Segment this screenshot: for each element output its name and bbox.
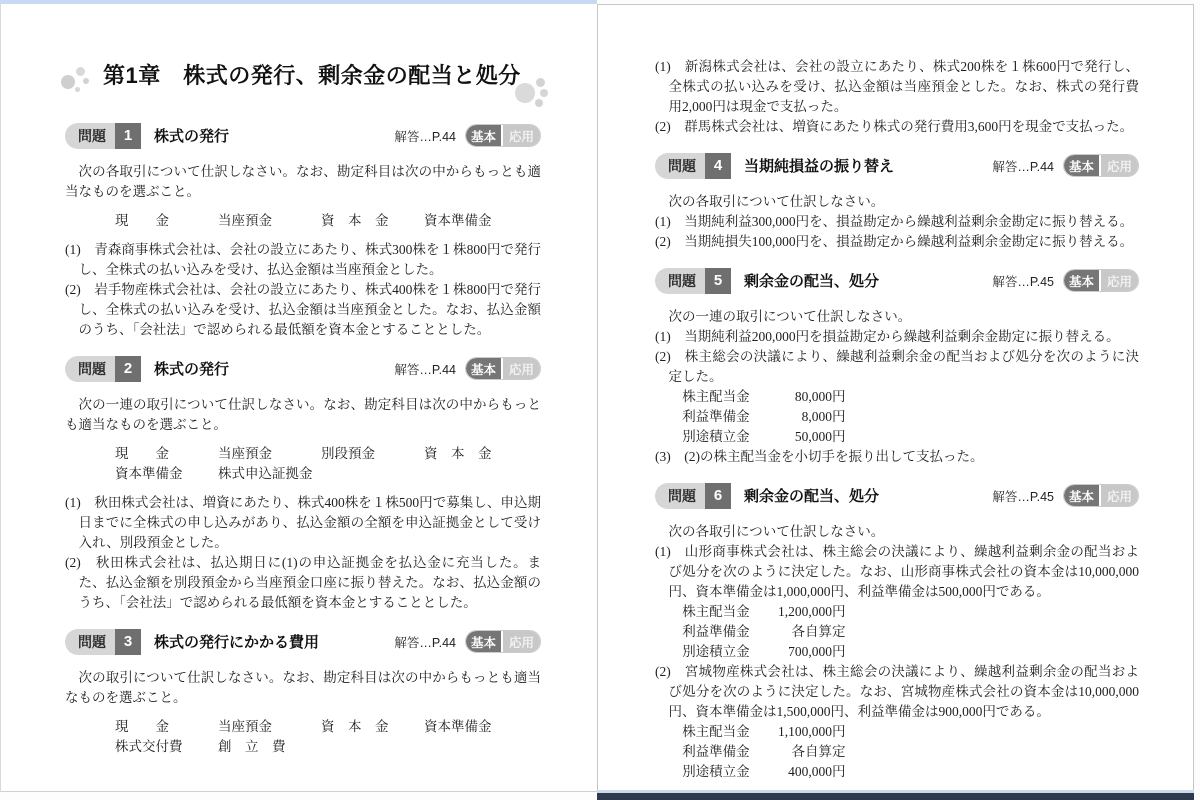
account-option: 資 本 金	[424, 444, 527, 464]
problem-4-items: (1) 当期純利益300,000円を、損益勘定から繰越利益剰余金勘定に振り替える…	[655, 212, 1139, 252]
difficulty-advanced-badge: 応用	[1101, 485, 1138, 506]
allocation-value: 400,000円	[766, 762, 846, 782]
allocation-value: 8,000円	[766, 407, 846, 427]
answer-reference: 解答…P.44	[992, 157, 1054, 175]
problem-badge-number: 3	[115, 629, 141, 655]
account-options-row: 現 金 当座預金 別段預金 資 本 金	[115, 444, 541, 464]
allocation-value: 各自算定	[766, 742, 846, 762]
allocation-value: 1,100,000円	[766, 722, 846, 742]
difficulty-pill: 基本 応用	[1063, 269, 1139, 292]
allocation-table: 株主配当金 1,100,000円 利益準備金 各自算定 別途積立金 400,00…	[655, 722, 1139, 782]
problem-title: 株式の発行	[154, 125, 229, 146]
transaction-item: (2) 岩手物産株式会社は、会社の設立にあたり、株式400株を１株800円で発行…	[65, 280, 541, 340]
account-option: 当座預金	[218, 444, 321, 464]
account-options-row: 株式交付費 創 立 費	[115, 737, 541, 757]
allocation-row: 株主配当金 1,100,000円	[682, 722, 1139, 742]
transaction-item: (1) 当期純利益300,000円を、損益勘定から繰越利益剰余金勘定に振り替える…	[655, 212, 1139, 232]
account-option: 当座預金	[218, 211, 321, 231]
account-option: 資本準備金	[424, 717, 527, 737]
problem-badge-label: 問題	[65, 123, 115, 149]
problem-1-header: 問題 1 株式の発行 解答…P.44 基本 応用	[65, 122, 541, 149]
problem-badge-label: 問題	[655, 153, 705, 179]
problem-badge: 問題 1	[65, 123, 141, 149]
problem-badge-number: 5	[705, 268, 731, 294]
problem-badge-label: 問題	[655, 483, 705, 509]
account-option: 株式交付費	[115, 737, 218, 757]
problem-title: 剰余金の配当、処分	[744, 270, 879, 291]
transaction-item: (2) 群馬株式会社は、増資にあたり株式の発行費用3,600円を現金で支払った。	[655, 117, 1139, 137]
allocation-value: 80,000円	[766, 387, 846, 407]
difficulty-pill: 基本 応用	[465, 357, 541, 380]
account-options-row: 現 金 当座預金 資 本 金 資本準備金	[115, 717, 541, 737]
book-spread: 第1章 株式の発行、剰余金の配当と処分 問題 1 株式の発行 解答…P.44 基…	[0, 0, 1200, 800]
allocation-row: 別途積立金 700,000円	[682, 642, 1139, 662]
account-options-row: 資本準備金 株式申込証拠金	[115, 464, 541, 484]
allocation-value: 700,000円	[766, 642, 846, 662]
account-option: 資本準備金	[424, 211, 527, 231]
problem-6-header: 問題 6 剰余金の配当、処分 解答…P.45 基本 応用	[655, 482, 1139, 509]
problem-badge-number: 1	[115, 123, 141, 149]
problem-2-header: 問題 2 株式の発行 解答…P.44 基本 応用	[65, 355, 541, 382]
problem-title: 株式の発行にかかる費用	[154, 631, 319, 652]
account-option: 株式申込証拠金	[218, 464, 321, 484]
transaction-item: (2) 秋田株式会社は、払込期日に(1)の申込証拠金を払込金に充当した。また、払…	[65, 553, 541, 613]
problem-badge-label: 問題	[655, 268, 705, 294]
transaction-item: (2) 宮城物産株式会社は、株主総会の決議により、繰越利益剰余金の配当および処分…	[655, 662, 1139, 722]
allocation-table: 株主配当金 80,000円 利益準備金 8,000円 別途積立金 50,000円	[655, 387, 1139, 447]
allocation-label: 株主配当金	[682, 387, 766, 407]
difficulty-pill: 基本 応用	[465, 630, 541, 653]
difficulty-basic-badge: 基本	[466, 631, 503, 652]
allocation-row: 別途積立金 50,000円	[682, 427, 1139, 447]
chapter-title: 第1章 株式の発行、剰余金の配当と処分	[103, 60, 541, 92]
right-page-bottom-accent-dark-bar	[597, 793, 1194, 800]
difficulty-advanced-badge: 応用	[1101, 155, 1138, 176]
allocation-row: 利益準備金 8,000円	[682, 407, 1139, 427]
transaction-item: (3) (2)の株主配当金を小切手を振り出して支払った。	[655, 447, 1139, 467]
allocation-row: 別途積立金 400,000円	[682, 762, 1139, 782]
answer-reference: 解答…P.45	[992, 487, 1054, 505]
allocation-label: 別途積立金	[682, 642, 766, 662]
problem-2-intro: 次の一連の取引について仕訳しなさい。なお、勘定科目は次の中からもっとも適当なもの…	[65, 395, 541, 435]
problem-6-intro: 次の各取引について仕訳しなさい。	[655, 522, 1139, 542]
allocation-label: 別途積立金	[682, 427, 766, 447]
difficulty-basic-badge: 基本	[1064, 485, 1101, 506]
problem-badge: 問題 5	[655, 268, 731, 294]
allocation-label: 利益準備金	[682, 407, 766, 427]
difficulty-advanced-badge: 応用	[503, 631, 540, 652]
transaction-item: (2) 株主総会の決議により、繰越利益剰余金の配当および処分を次のように決定した…	[655, 347, 1139, 387]
answer-reference: 解答…P.44	[394, 127, 456, 145]
problem-badge-label: 問題	[65, 629, 115, 655]
problem-5-header: 問題 5 剰余金の配当、処分 解答…P.45 基本 応用	[655, 267, 1139, 294]
allocation-label: 利益準備金	[682, 742, 766, 762]
difficulty-pill: 基本 応用	[465, 124, 541, 147]
account-option: 資 本 金	[321, 211, 424, 231]
problem-3-intro: 次の取引について仕訳しなさい。なお、勘定科目は次の中からもっとも適当なものを選ぶ…	[65, 668, 541, 708]
allocation-value: 50,000円	[766, 427, 846, 447]
account-option: 別段預金	[321, 444, 424, 464]
allocation-row: 利益準備金 各自算定	[682, 742, 1139, 762]
problem-1-items: (1) 青森商事株式会社は、会社の設立にあたり、株式300株を１株800円で発行…	[65, 240, 541, 340]
account-options-row: 現 金 当座預金 資 本 金 資本準備金	[115, 211, 541, 231]
problem-6-items: (1) 山形商事株式会社は、株主総会の決議により、繰越利益剰余金の配当および処分…	[655, 542, 1139, 782]
account-option: 創 立 費	[218, 737, 321, 757]
transaction-item: (2) 当期純損失100,000円を、損益勘定から繰越利益剰余金勘定に振り替える…	[655, 232, 1139, 252]
difficulty-basic-badge: 基本	[466, 125, 503, 146]
problem-badge-number: 6	[705, 483, 731, 509]
problem-badge: 問題 6	[655, 483, 731, 509]
difficulty-basic-badge: 基本	[1064, 270, 1101, 291]
transaction-item: (1) 新潟株式会社は、会社の設立にあたり、株式200株を１株600円で発行し、…	[655, 57, 1139, 117]
allocation-label: 利益準備金	[682, 622, 766, 642]
account-option: 現 金	[115, 211, 218, 231]
difficulty-pill: 基本 応用	[1063, 154, 1139, 177]
allocation-label: 別途積立金	[682, 762, 766, 782]
transaction-item: (1) 青森商事株式会社は、会社の設立にあたり、株式300株を１株800円で発行…	[65, 240, 541, 280]
problem-badge: 問題 3	[65, 629, 141, 655]
difficulty-advanced-badge: 応用	[1101, 270, 1138, 291]
transaction-item: (1) 当期純利益200,000円を損益勘定から繰越利益剰余金勘定に振り替える。	[655, 327, 1139, 347]
problem-4-header: 問題 4 当期純損益の振り替え 解答…P.44 基本 応用	[655, 152, 1139, 179]
allocation-value: 各自算定	[766, 622, 846, 642]
bubbles-decoration-left-icon	[61, 66, 95, 100]
problem-2-account-options: 現 金 当座預金 別段預金 資 本 金 資本準備金 株式申込証拠金	[65, 444, 541, 484]
allocation-value: 1,200,000円	[766, 602, 846, 622]
allocation-row: 株主配当金 80,000円	[682, 387, 1139, 407]
problem-5-intro: 次の一連の取引について仕訳しなさい。	[655, 307, 1139, 327]
answer-reference: 解答…P.44	[394, 360, 456, 378]
problem-2-items: (1) 秋田株式会社は、増資にあたり、株式400株を１株500円で募集し、申込期…	[65, 493, 541, 613]
bubbles-decoration-right-icon	[515, 78, 551, 114]
left-page: 第1章 株式の発行、剰余金の配当と処分 問題 1 株式の発行 解答…P.44 基…	[0, 0, 597, 792]
difficulty-basic-badge: 基本	[466, 358, 503, 379]
problem-badge: 問題 4	[655, 153, 731, 179]
difficulty-advanced-badge: 応用	[503, 125, 540, 146]
answer-reference: 解答…P.44	[394, 633, 456, 651]
allocation-label: 株主配当金	[682, 602, 766, 622]
problem-title: 剰余金の配当、処分	[744, 485, 879, 506]
account-option: 資本準備金	[115, 464, 218, 484]
difficulty-basic-badge: 基本	[1064, 155, 1101, 176]
problem-title: 株式の発行	[154, 358, 229, 379]
problem-3-items-continued: (1) 新潟株式会社は、会社の設立にあたり、株式200株を１株600円で発行し、…	[655, 57, 1139, 137]
allocation-row: 利益準備金 各自算定	[682, 622, 1139, 642]
allocation-label: 株主配当金	[682, 722, 766, 742]
problem-badge-number: 2	[115, 356, 141, 382]
account-option: 資 本 金	[321, 717, 424, 737]
problem-badge-label: 問題	[65, 356, 115, 382]
allocation-row: 株主配当金 1,200,000円	[682, 602, 1139, 622]
difficulty-pill: 基本 応用	[1063, 484, 1139, 507]
problem-1-account-options: 現 金 当座預金 資 本 金 資本準備金	[65, 211, 541, 231]
problem-4-intro: 次の各取引について仕訳しなさい。	[655, 192, 1139, 212]
allocation-table: 株主配当金 1,200,000円 利益準備金 各自算定 別途積立金 700,00…	[655, 602, 1139, 662]
account-option: 当座預金	[218, 717, 321, 737]
left-page-top-accent-bar	[0, 0, 597, 4]
problem-1-intro: 次の各取引について仕訳しなさい。なお、勘定科目は次の中からもっとも適当なものを選…	[65, 162, 541, 202]
problem-5-items: (1) 当期純利益200,000円を損益勘定から繰越利益剰余金勘定に振り替える。…	[655, 327, 1139, 467]
account-option: 現 金	[115, 717, 218, 737]
account-option: 現 金	[115, 444, 218, 464]
difficulty-advanced-badge: 応用	[503, 358, 540, 379]
right-page: (1) 新潟株式会社は、会社の設立にあたり、株式200株を１株600円で発行し、…	[597, 4, 1194, 800]
answer-reference: 解答…P.45	[992, 272, 1054, 290]
problem-3-account-options: 現 金 当座預金 資 本 金 資本準備金 株式交付費 創 立 費	[65, 717, 541, 757]
transaction-item: (1) 秋田株式会社は、増資にあたり、株式400株を１株500円で募集し、申込期…	[65, 493, 541, 553]
transaction-item: (1) 山形商事株式会社は、株主総会の決議により、繰越利益剰余金の配当および処分…	[655, 542, 1139, 602]
problem-3-header: 問題 3 株式の発行にかかる費用 解答…P.44 基本 応用	[65, 628, 541, 655]
problem-badge: 問題 2	[65, 356, 141, 382]
problem-badge-number: 4	[705, 153, 731, 179]
problem-title: 当期純損益の振り替え	[744, 155, 894, 176]
